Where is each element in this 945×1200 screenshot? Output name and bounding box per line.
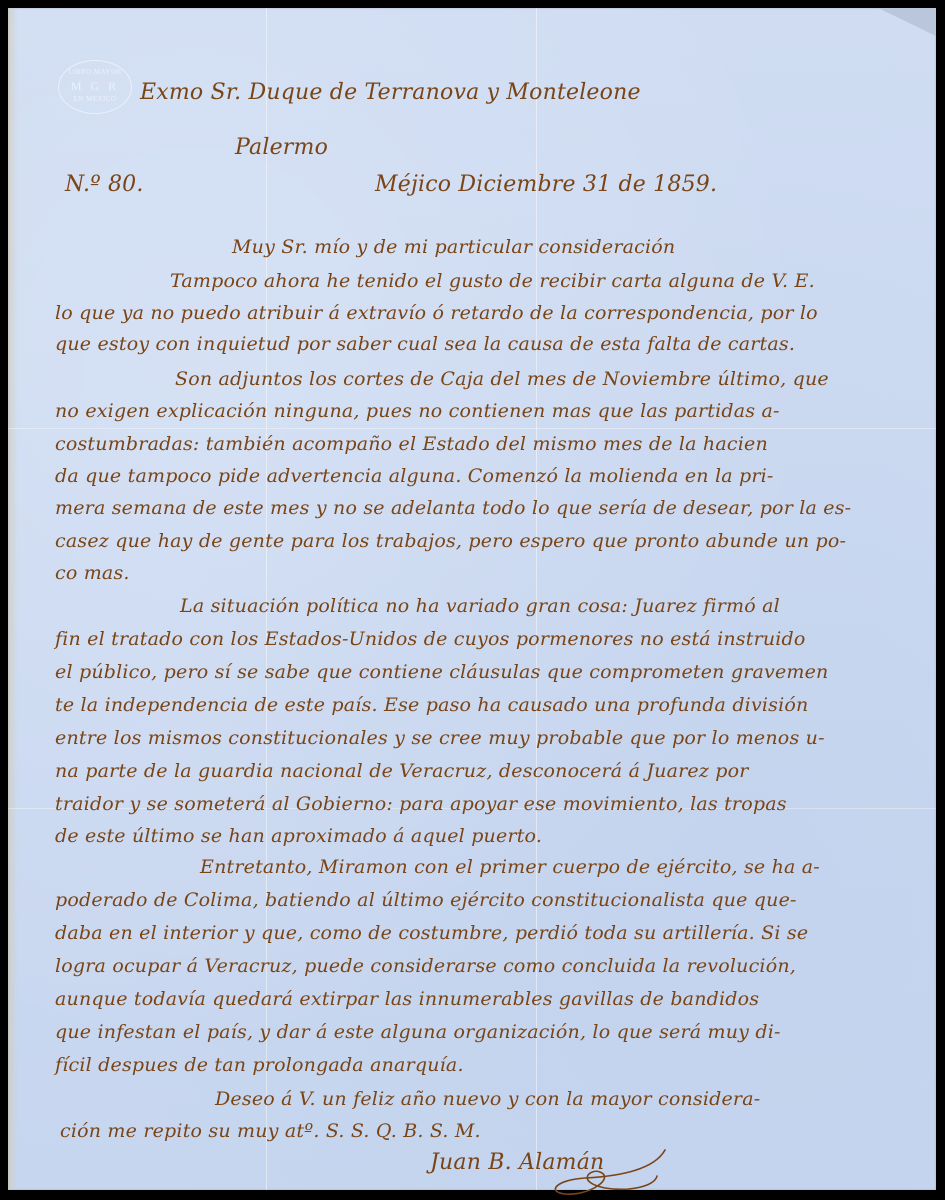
place: Palermo (235, 135, 328, 160)
body-line: na parte de la guardia nacional de Verac… (55, 760, 749, 782)
body-line: Tampoco ahora he tenido el gusto de reci… (170, 270, 815, 292)
body-line: no exigen explicación ninguna, pues no c… (55, 400, 780, 422)
body-line: casez que hay de gente para los trabajos… (55, 530, 846, 552)
body-line: costumbradas: también acompaño el Estado… (55, 433, 768, 455)
body-line: co mas. (55, 562, 130, 584)
body-line: mera semana de este mes y no se adelanta… (55, 497, 851, 519)
body-line: Entretanto, Miramon con el primer cuerpo… (200, 856, 820, 878)
body-line: traidor y se someterá al Gobierno: para … (55, 793, 787, 815)
body-line: Son adjuntos los cortes de Caja del mes … (175, 368, 829, 390)
body-line: fin el tratado con los Estados-Unidos de… (55, 628, 806, 650)
body-line: fícil despues de tan prolongada anarquía… (55, 1054, 464, 1076)
body-line: que estoy con inquietud por saber cual s… (55, 333, 795, 355)
stamp-initials: M G R (59, 80, 131, 92)
closing-line: ción me repito su muy atº. S. S. Q. B. S… (60, 1120, 481, 1142)
body-line: La situación política no ha variado gran… (180, 595, 780, 617)
body-line: de este último se han aproximado á aquel… (55, 825, 542, 847)
body-line: que infestan el país, y dar á este algun… (55, 1021, 781, 1043)
stamp-bottom-text: EN MEXICO (59, 96, 131, 103)
body-line: daba en el interior y que, como de costu… (55, 922, 808, 944)
closing-line: Deseo á V. un feliz año nuevo y con la m… (215, 1088, 760, 1110)
body-line: da que tampoco pide advertencia alguna. … (55, 465, 774, 487)
signature-flourish-icon (545, 1148, 675, 1198)
paper-edge-stain (8, 8, 18, 1190)
body-line: te la independencia de este país. Ese pa… (55, 694, 808, 716)
body-line: lo que ya no puedo atribuir á extravío ó… (55, 302, 818, 324)
addressee: Exmo Sr. Duque de Terranova y Monteleone (140, 80, 641, 105)
folded-corner (878, 8, 936, 36)
letter-date: Méjico Diciembre 31 de 1859. (375, 172, 717, 197)
body-line: poderado de Colima, batiendo al último e… (55, 889, 797, 911)
fold-line (8, 428, 936, 429)
body-line: entre los mismos constitucionales y se c… (55, 727, 825, 749)
body-line: aunque todavía quedará extirpar las innu… (55, 988, 759, 1010)
letter-number: N.º 80. (65, 172, 144, 197)
body-line: el público, pero sí se sabe que contiene… (55, 661, 829, 683)
embossed-stamp: LIBRO MAYOR M G R EN MEXICO (58, 60, 132, 114)
body-line: logra ocupar á Veracruz, puede considera… (55, 955, 796, 977)
salutation: Muy Sr. mío y de mi particular considera… (232, 236, 675, 258)
stamp-top-text: LIBRO MAYOR (59, 69, 131, 76)
